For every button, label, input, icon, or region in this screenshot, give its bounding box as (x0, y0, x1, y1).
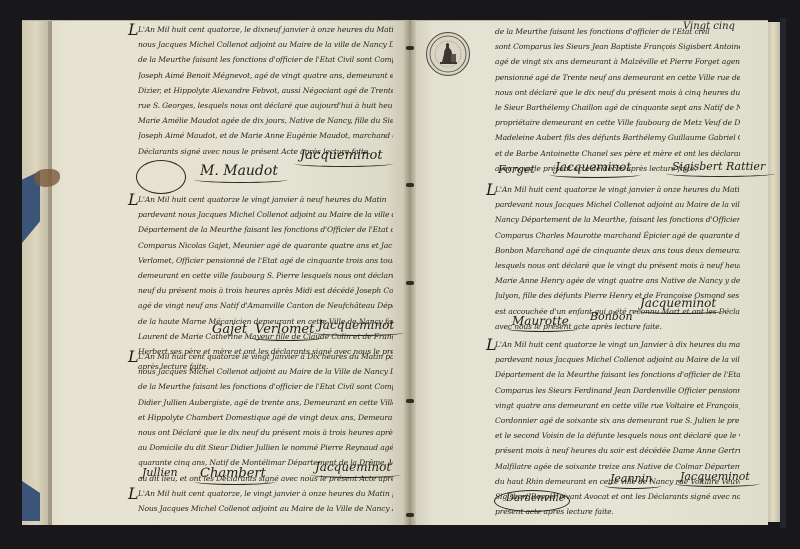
binding-stitch (406, 513, 414, 517)
acte-4-start: L'An Mil huit cent quatorze, le vingt ja… (138, 486, 393, 516)
binding-stitch (406, 183, 414, 187)
acte-line: le Sieur Barthélemy Chaillon agé de cinq… (495, 100, 740, 115)
acte-line: et le second Voisin de la défunte lesque… (495, 428, 740, 443)
acte-line: de la Meurthe faisant les fonctions d'of… (138, 379, 393, 394)
gutter (404, 20, 416, 525)
signature-flourish (136, 160, 186, 194)
signature: Chambert (200, 466, 266, 481)
acte-line: pardevant nous Jacques Michel Collenot a… (495, 197, 740, 212)
signature: Dardenville (506, 493, 565, 504)
signature: Forget (498, 163, 535, 176)
acte-line: de la Meurthe faisant les fonctions d'of… (138, 52, 393, 67)
acte-line: Nancy Département de la Meurthe, faisant… (495, 212, 740, 227)
acte-line: Cordonnier agé de soixante six ans demeu… (495, 413, 740, 428)
signature: Gajet (212, 322, 247, 337)
signature: Jacqueminot (555, 160, 631, 174)
acte-line: et Hippolyte Chambert Domestique agé de … (138, 410, 393, 425)
acte-line: Nous Jacques Michel Collenot adjoint au … (138, 501, 393, 516)
acte-line: Département de la Meurthe faisant les fo… (495, 367, 740, 382)
acte-line: vingt quatre ans demeurant en cette vill… (495, 398, 740, 413)
acte-4-continued: de la Meurthe faisant les fonctions d'of… (495, 24, 740, 176)
acte-line: L'An Mil huit cent quatorze le vingt jan… (495, 182, 740, 197)
acte-2: L'An Mil huit cent quatorze le vingt jan… (138, 192, 393, 374)
acte-line: L'An Mil huit cent quatorze le vingt un … (495, 337, 740, 352)
signature: Jacqueminot (680, 470, 750, 483)
signature: Jacqueminot (300, 148, 383, 163)
acte-line: sont Comparus les Sieurs Jean Baptiste F… (495, 39, 740, 54)
acte-line: pardevant nous Jacques Michel Collenot a… (138, 207, 393, 222)
acte-line: Marie Amélie Maudot agée de dix jours, N… (138, 113, 393, 128)
acte-line: Didier Jullien Aubergiste, agé de trente… (138, 395, 393, 410)
acte-line: L'An Mil huit cent quatorze le vingt jan… (138, 192, 393, 207)
binding-stitch (406, 399, 414, 403)
acte-line: présent mois à neuf heures du soir est d… (495, 443, 740, 458)
acte-line: Bonbon Marchand agé de cinquante deux an… (495, 243, 740, 258)
acte-line: agé de vingt six ans demeurant à Malzévi… (495, 54, 740, 69)
acte-line: L'An Mil huit cent quatorze, le dixneuf … (138, 22, 393, 37)
acte-line: Dizier, et Hippolyte Alexandre Febvot, a… (138, 83, 393, 98)
signature: Jeannin (610, 472, 652, 485)
signature: Jullien (142, 466, 178, 479)
acte-line: Verlomet, Officier pensionné de l'Etat a… (138, 253, 393, 268)
acte-line: demeurant en cette ville faubourg S. Pie… (138, 268, 393, 283)
acte-line: propriétaire demeurant en cette Ville fa… (495, 115, 740, 130)
acte-line: Département de la Meurthe faisant les fo… (138, 222, 393, 237)
binding-stitch (406, 46, 414, 50)
left-fold-crease (48, 21, 51, 525)
seal-stamp-icon (426, 32, 470, 76)
acte-line: Comparus Charles Maurotte marchand Épici… (495, 228, 740, 243)
signature: Jacqueminot (318, 318, 394, 332)
acte-line: Joseph Aimé Benoit Mégnevot, agé de ving… (138, 68, 393, 83)
acte-line: L'An Mil huit cent quatorze, le vingt ja… (138, 486, 393, 501)
signature: Bonbon (590, 310, 633, 323)
acte-line: pensionné agé de Trente neuf ans demeura… (495, 70, 740, 85)
signature: Sigisbert Rattier (672, 160, 765, 173)
acte-line: au Domicile du dit Sieur Didier Jullien … (138, 440, 393, 455)
signature: Maurotte (512, 314, 569, 328)
acte-line: de la Meurthe faisant les fonctions d'of… (495, 24, 740, 39)
acte-line: L'An Mil huit cent quatorze le vingt Jan… (138, 349, 393, 364)
acte-1: L'An Mil huit cent quatorze, le dixneuf … (138, 22, 393, 159)
acte-line: rue S. Georges, lesquels nous ont déclar… (138, 98, 393, 113)
acte-line: Madeleine Aubert fils des défunts Barthé… (495, 130, 740, 145)
ink-stain (34, 169, 60, 187)
acte-line: nous ont déclaré que le dix neuf du prés… (495, 85, 740, 100)
acte-line: agé de vingt neuf ans Natif d'Amanville … (138, 298, 393, 313)
acte-line: nous ont Déclaré que le dix neuf du prés… (138, 425, 393, 440)
acte-line: Joseph Aimé Maudot, et de Marie Anne Eug… (138, 128, 393, 143)
acte-line: Marie Anne Henry agée de vingt quatre an… (495, 273, 740, 288)
acte-line: Comparus les Sieurs Ferdinand Jean Darde… (495, 383, 740, 398)
acte-line: nous Jacques Michel Collenot adjoint au … (138, 37, 393, 52)
acte-line: et de Barbe Antoinette Chanel ses père e… (495, 146, 740, 161)
acte-line: lesquels nous ont déclaré que le vingt d… (495, 258, 740, 273)
signature: Jacqueminot (640, 296, 716, 310)
signature: Verlomet (255, 322, 314, 337)
signature: M. Maudot (200, 163, 278, 179)
acte-line: Comparus Nicolas Gajet, Meunier agé de q… (138, 238, 393, 253)
acte-line: pardevant nous Jacques Michel Collenot a… (495, 352, 740, 367)
acte-line: nous Jacques Michel Collenot adjoint au … (138, 364, 393, 379)
acte-line: neuf du présent mois à trois heures aprè… (138, 283, 393, 298)
book-cover-edge (780, 18, 786, 528)
binding-stitch (406, 281, 414, 285)
signature: Jacqueminot (315, 460, 391, 474)
